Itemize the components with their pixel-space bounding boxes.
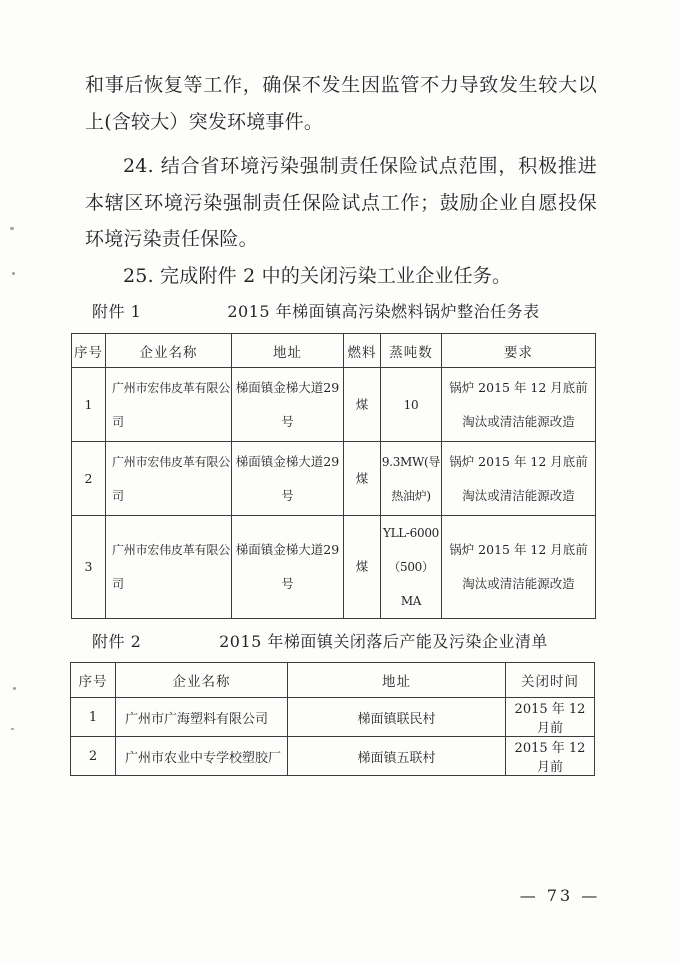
cell-address: 梯面镇金梯大道29号 bbox=[232, 516, 344, 619]
cell-capacity: YLL-6000 （500）MA bbox=[381, 516, 442, 619]
attachment2-title: 2015 年梯面镇关闭落后产能及污染企业清单 bbox=[170, 629, 597, 652]
cell-requirement: 锅炉 2015 年 12 月底前 淘汰或清洁能源改造 bbox=[442, 442, 596, 516]
cell-fuel: 煤 bbox=[344, 516, 381, 619]
scan-speck bbox=[13, 687, 16, 690]
column-header-index: 序号 bbox=[72, 334, 106, 368]
cell-close-time: 2015 年 12 月前 bbox=[506, 737, 595, 776]
column-header-fuel: 燃料 bbox=[344, 334, 381, 368]
attachment2-label: 附件 2 bbox=[92, 629, 170, 652]
document-page: 和事后恢复等工作，确保不发生因监管不力导致发生较大以上(含较大）突发环境事件。 … bbox=[0, 0, 680, 962]
cell-capacity: 10 bbox=[381, 368, 442, 442]
column-header-close-time: 关闭时间 bbox=[506, 663, 595, 698]
table1-row: 2 广州市宏伟皮革有限公 司 梯面镇金梯大道29号 煤 9.3MW(导 热油炉)… bbox=[72, 442, 596, 516]
cell-address: 梯面镇五联村 bbox=[288, 737, 506, 776]
cell-address: 梯面镇联民村 bbox=[288, 698, 506, 737]
attachment1-label: 附件 1 bbox=[92, 299, 170, 322]
table2-row: 2 广州市农业中专学校塑胶厂 梯面镇五联村 2015 年 12 月前 bbox=[71, 737, 595, 776]
cell-requirement: 锅炉 2015 年 12 月底前 淘汰或清洁能源改造 bbox=[442, 368, 596, 442]
cell-index: 1 bbox=[72, 368, 106, 442]
scan-speck bbox=[12, 272, 15, 275]
cell-requirement: 锅炉 2015 年 12 月底前 淘汰或清洁能源改造 bbox=[442, 516, 596, 619]
cell-address: 梯面镇金梯大道29号 bbox=[232, 368, 344, 442]
column-header-capacity: 蒸吨数 bbox=[381, 334, 442, 368]
scan-speck bbox=[11, 728, 14, 730]
cell-company: 广州市广海塑料有限公司 bbox=[116, 698, 288, 737]
attachment1-title: 2015 年梯面镇高污染燃料锅炉整治任务表 bbox=[170, 299, 597, 322]
cell-company: 广州市农业中专学校塑胶厂 bbox=[116, 737, 288, 776]
cell-index: 2 bbox=[71, 737, 116, 776]
cell-index: 1 bbox=[71, 698, 116, 737]
paragraph-continuation: 和事后恢复等工作，确保不发生因监管不力导致发生较大以上(含较大）突发环境事件。 bbox=[85, 67, 597, 140]
table1-header-row: 序号 企业名称 地址 燃料 蒸吨数 要求 bbox=[72, 334, 596, 368]
table1-row: 1 广州市宏伟皮革有限公 司 梯面镇金梯大道29号 煤 10 锅炉 2015 年… bbox=[72, 368, 596, 442]
column-header-company: 企业名称 bbox=[106, 334, 232, 368]
column-header-address: 地址 bbox=[288, 663, 506, 698]
page-number: — 73 — bbox=[505, 886, 615, 905]
cell-company: 广州市宏伟皮革有限公 司 bbox=[106, 516, 232, 619]
column-header-address: 地址 bbox=[232, 334, 344, 368]
table1-row: 3 广州市宏伟皮革有限公 司 梯面镇金梯大道29号 煤 YLL-6000 （50… bbox=[72, 516, 596, 619]
scan-speck bbox=[10, 227, 14, 230]
cell-fuel: 煤 bbox=[344, 368, 381, 442]
column-header-company: 企业名称 bbox=[116, 663, 288, 698]
cell-capacity: 9.3MW(导 热油炉) bbox=[381, 442, 442, 516]
cell-fuel: 煤 bbox=[344, 442, 381, 516]
cell-index: 3 bbox=[72, 516, 106, 619]
cell-address: 梯面镇金梯大道29号 bbox=[232, 442, 344, 516]
body-text: 和事后恢复等工作，确保不发生因监管不力导致发生较大以上(含较大）突发环境事件。 … bbox=[85, 67, 597, 294]
attachment2-table: 序号 企业名称 地址 关闭时间 1 广州市广海塑料有限公司 梯面镇联民村 201… bbox=[70, 662, 595, 776]
attachment1-table: 序号 企业名称 地址 燃料 蒸吨数 要求 1 广州市宏伟皮革有限公 司 梯面镇金… bbox=[71, 333, 596, 619]
attachment1-heading: 附件 1 2015 年梯面镇高污染燃料锅炉整治任务表 bbox=[85, 298, 597, 322]
cell-company: 广州市宏伟皮革有限公 司 bbox=[106, 442, 232, 516]
cell-company: 广州市宏伟皮革有限公 司 bbox=[106, 368, 232, 442]
attachment2-heading: 附件 2 2015 年梯面镇关闭落后产能及污染企业清单 bbox=[85, 628, 597, 652]
column-header-requirement: 要求 bbox=[442, 334, 596, 368]
table2-row: 1 广州市广海塑料有限公司 梯面镇联民村 2015 年 12 月前 bbox=[71, 698, 595, 737]
cell-close-time: 2015 年 12 月前 bbox=[506, 698, 595, 737]
cell-index: 2 bbox=[72, 442, 106, 516]
paragraph-24: 24. 结合省环境污染强制责任保险试点范围，积极推进本辖区环境污染强制责任保险试… bbox=[85, 148, 597, 258]
column-header-index: 序号 bbox=[71, 663, 116, 698]
paragraph-25: 25. 完成附件 2 中的关闭污染工业企业任务。 bbox=[85, 258, 597, 295]
table2-header-row: 序号 企业名称 地址 关闭时间 bbox=[71, 663, 595, 698]
